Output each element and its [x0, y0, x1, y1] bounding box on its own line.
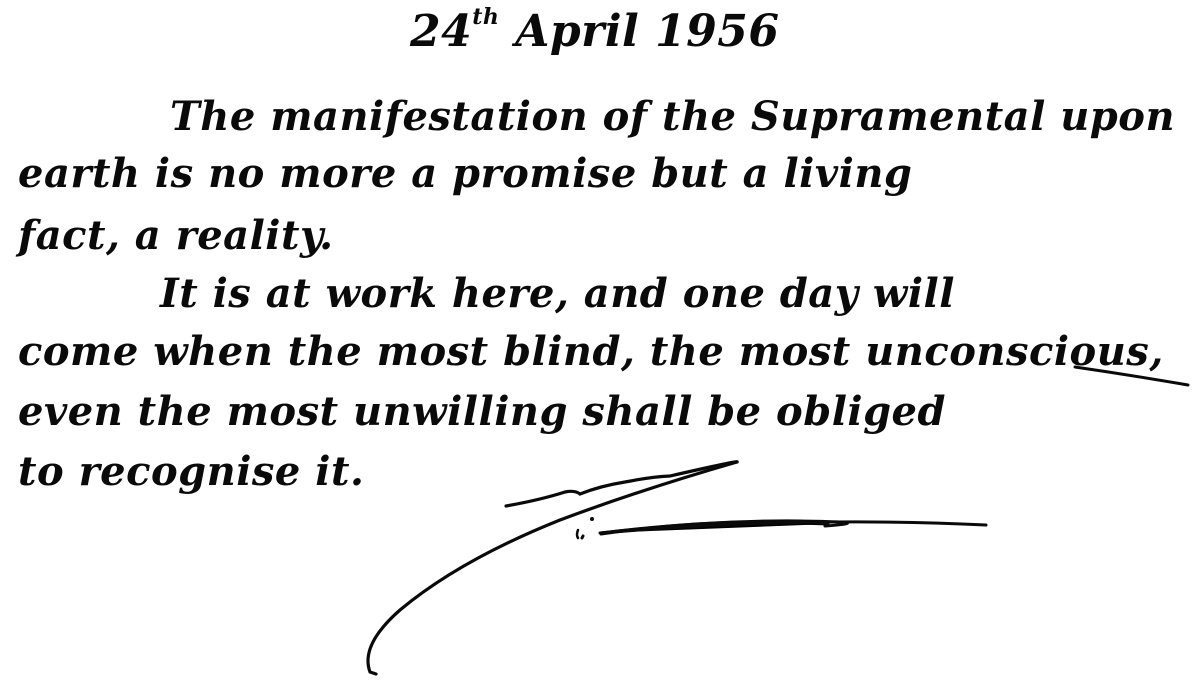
text-line-6: even the most unwilling shall be obliged	[18, 388, 946, 435]
note-date: 24th April 1956	[410, 6, 780, 57]
text-line-1: The manifestation of the Supramental upo…	[170, 93, 1175, 140]
handwritten-page: 24th April 1956 The manifestation of the…	[0, 0, 1204, 687]
text-line-2: earth is no more a promise but a living	[18, 150, 912, 197]
date-ordinal: th	[472, 4, 499, 30]
date-month-year: April 1956	[515, 6, 779, 57]
date-day: 24	[410, 6, 472, 57]
text-line-3: fact, a reality.	[18, 212, 334, 259]
text-line-4: It is at work here, and one day will	[160, 270, 955, 317]
text-line-7: to recognise it.	[18, 448, 364, 495]
text-line-5: come when the most blind, the most uncon…	[18, 328, 1164, 375]
